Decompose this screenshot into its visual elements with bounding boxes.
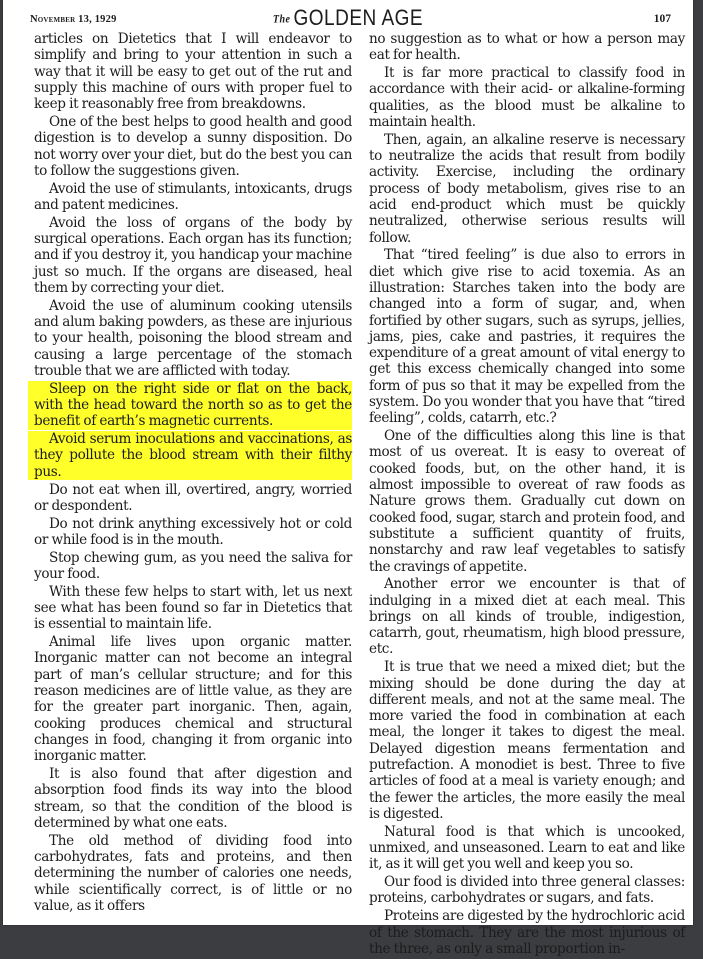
paragraph: One of the best helps to good health and… — [34, 114, 352, 179]
paragraph: Avoid the loss of organs of the body by … — [34, 215, 352, 296]
title-text: GOLDEN AGE — [294, 6, 424, 30]
title-prefix: The — [273, 13, 291, 26]
highlighted-paragraph[interactable]: Avoid serum inoculations and vaccination… — [34, 431, 352, 480]
right-column: no suggestion as to what or how a person… — [369, 31, 685, 933]
paragraph: With these few helps to start with, let … — [34, 584, 352, 633]
publication-title: TheGOLDEN AGE — [3, 6, 693, 31]
paragraph: Stop chewing gum, as you need the saliva… — [34, 550, 352, 583]
paragraph: It is true that we need a mixed diet; bu… — [369, 659, 685, 822]
paragraph: Do not eat when ill, overtired, angry, w… — [34, 482, 352, 515]
paragraph: no suggestion as to what or how a person… — [369, 31, 685, 64]
paragraph: It is far more practical to classify foo… — [369, 65, 685, 130]
paragraph: Proteins are digested by the hydrochlori… — [369, 908, 685, 933]
page-header: November 13, 1929 TheGOLDEN AGE 107 — [3, 8, 693, 30]
paragraph: articles on Dietetics that I will endeav… — [34, 31, 352, 112]
paragraph: Animal life lives upon organic matter. I… — [34, 634, 352, 764]
highlighted-paragraph[interactable]: Sleep on the right side or flat on the b… — [34, 381, 352, 430]
paragraph: It is also found that after digestion an… — [34, 766, 352, 831]
paragraph: Avoid the use of aluminum cooking utensi… — [34, 298, 352, 379]
paragraph: Natural food is that which is uncooked, … — [369, 824, 685, 873]
paragraph: Then, again, an alkaline reserve is nece… — [369, 132, 685, 246]
paragraph: One of the difficulties along this line … — [369, 428, 685, 575]
paragraph: Avoid the use of stimulants, intoxicants… — [34, 181, 352, 214]
document-page: November 13, 1929 TheGOLDEN AGE 107 arti… — [3, 0, 693, 925]
paragraph: That “tired feeling” is due also to erro… — [369, 247, 685, 426]
paragraph: Our food is divided into three general c… — [369, 874, 685, 907]
document-viewer: November 13, 1929 TheGOLDEN AGE 107 arti… — [0, 0, 703, 933]
paragraph: Another error we encounter is that of in… — [369, 576, 685, 657]
paragraph: Do not drink anything excessively hot or… — [34, 516, 352, 549]
paragraph: The old method of dividing food into car… — [34, 833, 352, 914]
left-column: articles on Dietetics that I will endeav… — [34, 31, 352, 916]
page-number: 107 — [654, 13, 671, 25]
